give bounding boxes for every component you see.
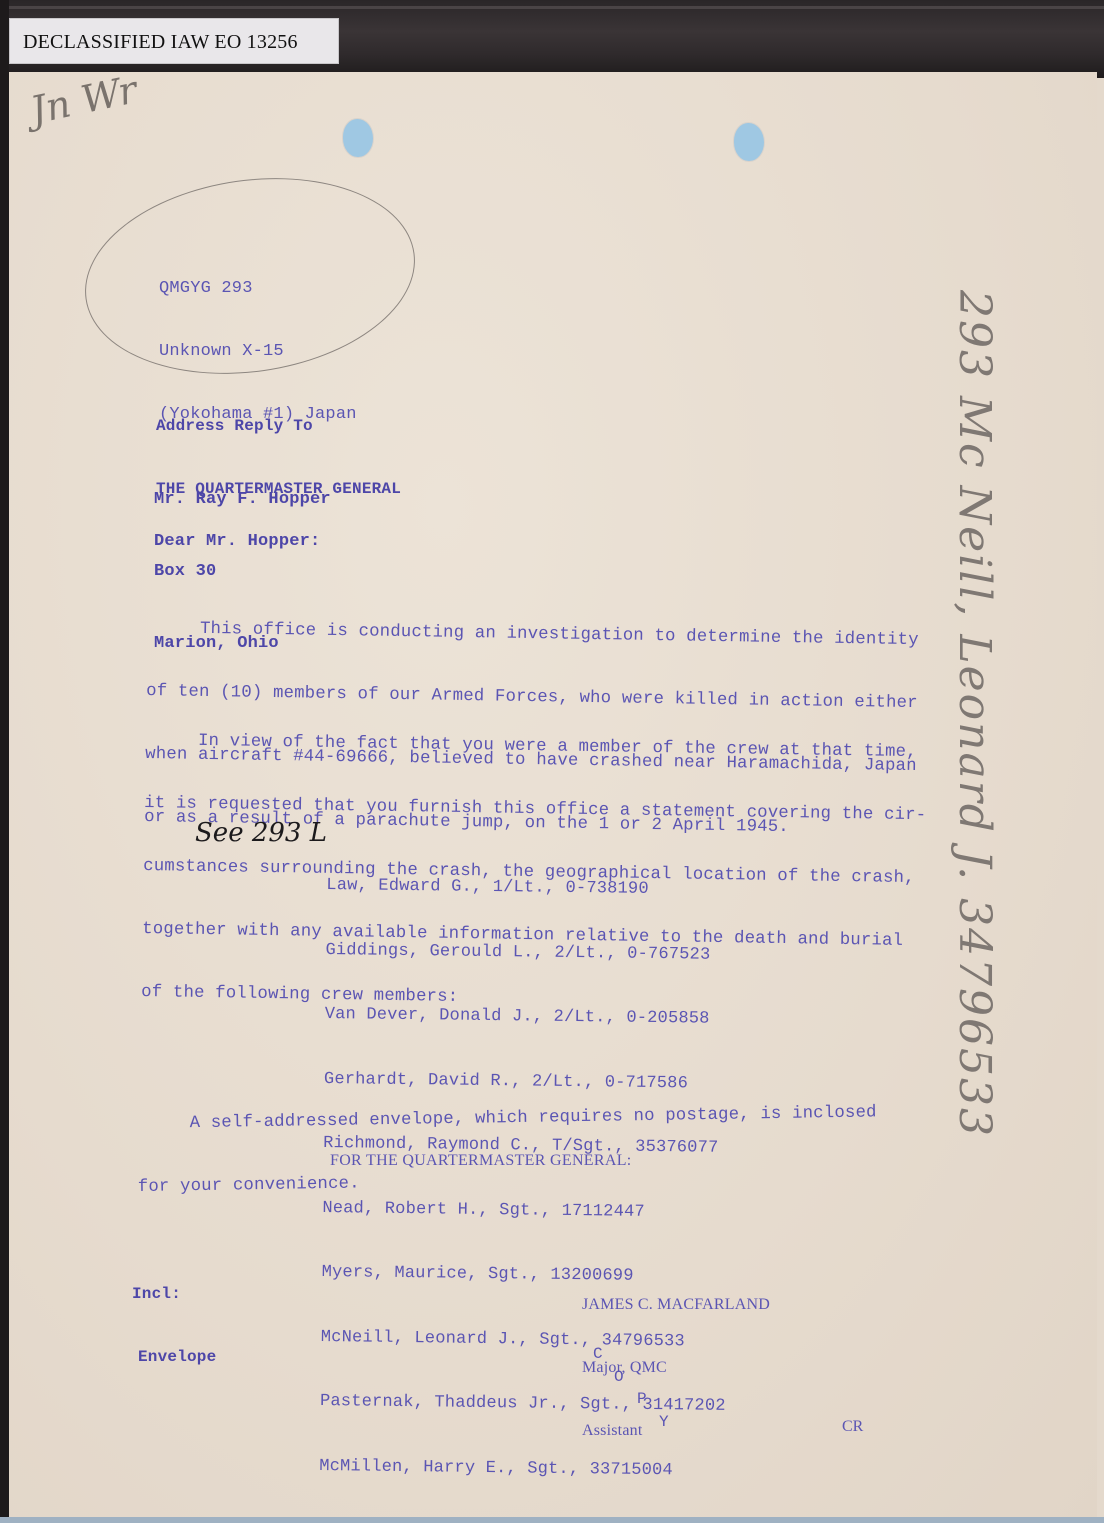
- crew-member-row: Law, Edward G., 1/Lt., 0-738190: [326, 875, 732, 901]
- reply-line-1: Address Reply To: [156, 416, 401, 437]
- paragraph-1-line: This office is conducting an investigati…: [147, 618, 919, 651]
- salutation: Dear Mr. Hopper:: [154, 531, 320, 552]
- closing-line: FOR THE QUARTERMASTER GENERAL:: [330, 1150, 632, 1171]
- file-reference-line-2: Unknown X-15: [159, 341, 357, 362]
- crew-member-row: Giddings, Gerould L., 2/Lt., 0-767523: [325, 939, 731, 965]
- margin-pencil-note: 293 Mc Neill, Leonard J. 34796533: [949, 290, 1000, 1138]
- signatory-title: Assistant: [582, 1420, 770, 1441]
- signature-block: JAMES C. MACFARLAND Major, QMC Assistant: [582, 1252, 770, 1462]
- typist-initials: CR: [842, 1418, 863, 1436]
- punch-hole-left-icon: [342, 118, 374, 158]
- copy-mark-letter: O: [614, 1368, 624, 1386]
- enclosure-block: Incl: Envelope: [132, 1242, 216, 1389]
- paragraph-3-line: A self-addressed envelope, which require…: [137, 1102, 877, 1135]
- signatory-name: JAMES C. MACFARLAND: [582, 1294, 770, 1315]
- paragraph-2-line: In view of the fact that you were a memb…: [145, 730, 927, 763]
- recipient-name: Mr. Ray F. Hopper: [154, 488, 331, 512]
- frame-stripe: [0, 6, 1104, 9]
- enclosure-item: Envelope: [132, 1347, 216, 1368]
- ink-annotation-see-293: See 293 L: [195, 818, 327, 848]
- file-reference-line-1: QMGYG 293: [159, 278, 357, 299]
- signatory-rank: Major, QMC: [582, 1357, 770, 1378]
- copy-mark-letter: Y: [659, 1413, 669, 1431]
- declassification-label: DECLASSIFIED IAW EO 13256: [9, 18, 339, 64]
- body-paragraph-3: A self-addressed envelope, which require…: [136, 1060, 878, 1219]
- enclosure-label: Incl:: [132, 1284, 216, 1305]
- copy-mark-letter: P: [637, 1390, 647, 1408]
- binder-frame-left: [0, 0, 9, 1523]
- page-bottom-edge: [0, 1517, 1104, 1523]
- copy-mark-letter: C: [593, 1345, 603, 1363]
- punch-hole-right-icon: [733, 122, 765, 162]
- crew-member-row: Van Dever, Donald J., 2/Lt., 0-205858: [325, 1004, 731, 1030]
